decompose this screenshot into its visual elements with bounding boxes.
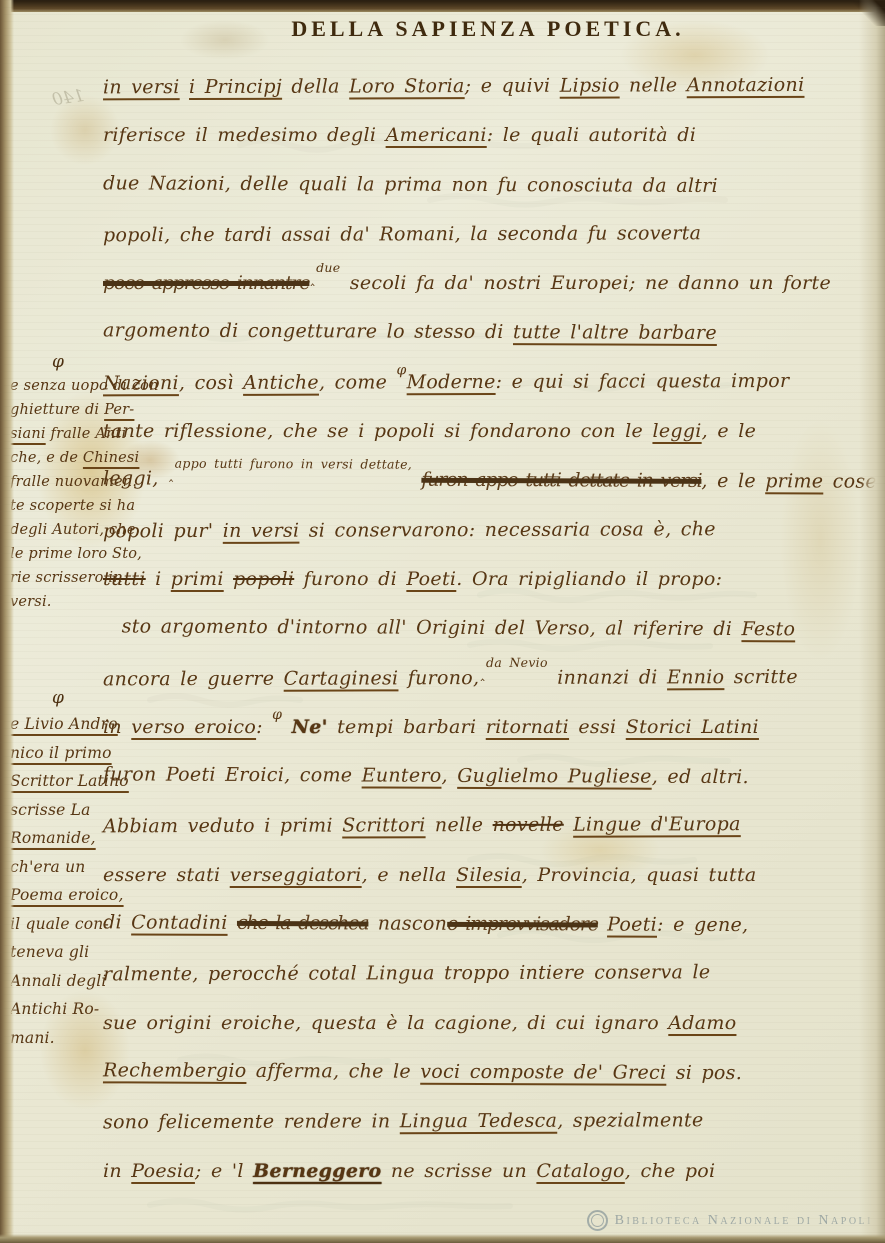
text-line: due Nazioni, delle quali la prima non fu… [103, 159, 875, 212]
scan-edge-right [859, 0, 885, 1243]
body-text: in versi i Principj della Loro Storia; e… [103, 62, 875, 1196]
scan-edge-left [0, 0, 14, 1243]
text-line: riferisce il medesimo degli Americani: l… [103, 111, 875, 160]
reference-mark: φ [10, 352, 106, 372]
text-line: Romanide, [10, 824, 106, 853]
text-line: sono felicemente rendere in Lingua Tedes… [103, 1096, 875, 1148]
reference-mark: φ [10, 688, 106, 708]
text-line: popoli pur' in versi si conservarono: ne… [103, 504, 875, 556]
library-stamp: Biblioteca Nazionale di Napoli [587, 1210, 873, 1231]
text-line: leggi, ‸appo tutti furono in versi detta… [103, 455, 875, 508]
text-line: nico il primo [10, 739, 106, 768]
margin-note-1: φ e senza uopo di conghietture di Per-si… [10, 352, 106, 614]
text-line: Scrittor Latino [10, 767, 106, 796]
text-line: poco appresso innantre‸due secoli fa da'… [103, 259, 875, 308]
text-line: Nazioni, così Antiche, come φModerne: e … [103, 356, 875, 408]
text-line: Rechembergio afferma, che le voci compos… [103, 1046, 875, 1099]
text-line: ghietture di Per- [10, 398, 106, 422]
text-line: degli Autori, che [10, 518, 106, 542]
text-line: sto argomento d'intorno all' Origini del… [103, 603, 875, 656]
text-line: di Contadini che la deschea nascono impr… [103, 898, 875, 951]
text-line: e Livio Andro [10, 710, 106, 739]
text-line: tutti i primi popoli furono di Poeti. Or… [103, 555, 875, 604]
text-line: in versi i Principj della Loro Storia; e… [103, 61, 875, 113]
page-title: DELLA SAPIENZA POETICA. [103, 16, 873, 42]
text-line: fralle nuovamen. [10, 470, 106, 494]
text-line: Abbiam veduto i primi Scrittori nelle no… [103, 800, 875, 852]
margin-note-2: φ e Livio Andronico il primoScrittor Lat… [10, 688, 106, 1052]
library-stamp-emblem-icon [587, 1210, 608, 1231]
text-line: siani fralle Anti [10, 422, 106, 446]
library-stamp-text: Biblioteca Nazionale di Napoli [615, 1213, 873, 1229]
text-line: Annali degli [10, 967, 106, 996]
text-line: scrisse La [10, 796, 106, 825]
text-line: sue origini eroiche, questa è la cagione… [103, 999, 875, 1048]
text-line: tante riflessione, che se i popoli si fo… [103, 407, 875, 456]
text-line: in Poesia; e 'l Berneggero ne scrisse un… [103, 1147, 875, 1196]
manuscript-page: 140 DELLA SAPIENZA POETICA. in versi i P… [0, 0, 885, 1243]
text-line: ch'era un [10, 853, 106, 882]
text-line: ancora le guerre Cartaginesi furono,‸da … [103, 652, 875, 704]
scan-edge-top [0, 0, 885, 12]
text-line: il quale con- [10, 910, 106, 939]
text-line: Poema eroico, [10, 881, 106, 910]
text-line: mani. [10, 1024, 106, 1053]
margin-note-lines: e Livio Andronico il primoScrittor Latin… [10, 710, 106, 1052]
text-line: che, e de Chinesi [10, 446, 106, 470]
text-line: Antichi Ro- [10, 995, 106, 1024]
text-line: versi. [10, 590, 106, 614]
scan-corner-shadow [851, 0, 885, 26]
folio-number-bleedthrough: 140 [51, 86, 86, 110]
text-line: ralmente, perocché cotal Lingua troppo i… [103, 948, 875, 1000]
text-line: essere stati verseggiatori, e nella Sile… [103, 851, 875, 900]
text-line: te scoperte si ha [10, 494, 106, 518]
text-line: rie scrissero in [10, 566, 106, 590]
text-line: teneva gli [10, 938, 106, 967]
text-line: e senza uopo di con [10, 374, 106, 398]
text-line: argomento di congetturare lo stesso di t… [103, 307, 875, 360]
text-line: in verso eroico: φ Ne' tempi barbari rit… [103, 703, 875, 752]
text-line: popoli, che tardi assai da' Romani, la s… [103, 209, 875, 261]
scan-edge-bottom [0, 1234, 885, 1243]
text-line: furon Poeti Eroici, come Euntero, Guglie… [103, 750, 875, 803]
margin-note-lines: e senza uopo di conghietture di Per-sian… [10, 374, 106, 614]
text-line: le prime loro Sto, [10, 542, 106, 566]
